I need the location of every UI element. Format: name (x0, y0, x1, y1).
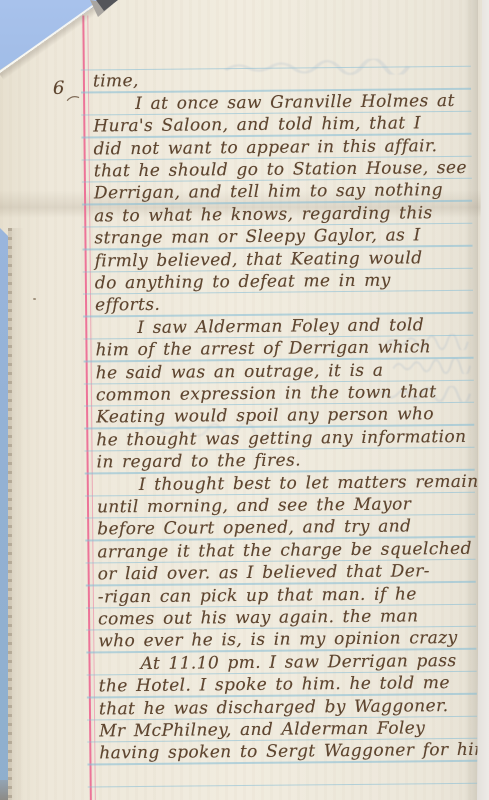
handwritten-line: At 11.10 pm. I saw Derrigan pass (140, 651, 456, 675)
handwritten-line: Derrigan, and tell him to say nothing (94, 180, 443, 204)
handwritten-line: comes out his way again. the man (98, 606, 418, 630)
handwritten-line: that he was discharged by Waggoner. (99, 696, 449, 720)
handwritten-line: he said was an outrage, it is a (96, 360, 384, 384)
handwritten-line: he thought was getting any information (96, 427, 466, 452)
ink-bleedthrough (392, 358, 472, 375)
scanned-manuscript-page: 6 time,I at once saw Granville Holmes at… (0, 0, 489, 800)
handwritten-line: common expression in the town that (96, 382, 437, 406)
stray-ink-mark (65, 92, 81, 104)
handwritten-line: until morning, and see the Mayor (97, 494, 411, 518)
ruled-line (88, 783, 478, 788)
handwritten-line: who ever he is, is in my opinion crazy (98, 628, 458, 652)
handwritten-line: I at once saw Granville Holmes at (135, 91, 455, 115)
ruled-writing-area: 6 time,I at once saw Granville Holmes at… (0, 0, 489, 800)
handwritten-line: efforts. (95, 295, 160, 317)
handwritten-line: Hura's Saloon, and told him, that I (93, 113, 421, 137)
handwritten-line: Keating would spoil any person who (96, 405, 434, 429)
handwritten-line: Mr McPhilney, and Alderman Foley (99, 718, 425, 742)
handwritten-line: or laid over. as I believed that Der- (98, 561, 430, 585)
handwritten-line: I saw Alderman Foley and told (137, 315, 424, 339)
handwritten-line: -rigan can pick up that man. if he (98, 584, 417, 608)
handwritten-line: him of the arrest of Derrigan which (95, 337, 431, 361)
page-number: 6 (53, 78, 65, 99)
handwritten-line: arrange it that the charge be squelched (97, 539, 472, 564)
handwritten-line: having spoken to Sergt Waggoner for him (99, 740, 489, 765)
handwritten-line: strange man or Sleepy Gaylor, as I (94, 225, 420, 249)
manuscript-paper: 6 time,I at once saw Granville Holmes at… (0, 0, 489, 800)
handwritten-line: as to what he knows, regarding this (94, 203, 433, 227)
handwritten-line: do anything to defeat me in my (95, 271, 391, 295)
handwritten-line: firmly believed, that Keating would (95, 248, 423, 272)
handwritten-line: I thought best to let matters remain (139, 471, 479, 495)
handwritten-line: before Court opened, and try and (97, 517, 411, 541)
bottom-left-backing (0, 780, 9, 800)
handwritten-line: the Hotel. I spoke to him. he told me (99, 673, 450, 697)
handwritten-line: that he should go to Station House, see (94, 158, 467, 183)
ink-speck (33, 298, 36, 300)
handwritten-line: in regard to the fires. (96, 451, 301, 474)
handwritten-line: did not want to appear in this affair. (93, 136, 437, 160)
handwritten-line: time, (93, 71, 139, 92)
